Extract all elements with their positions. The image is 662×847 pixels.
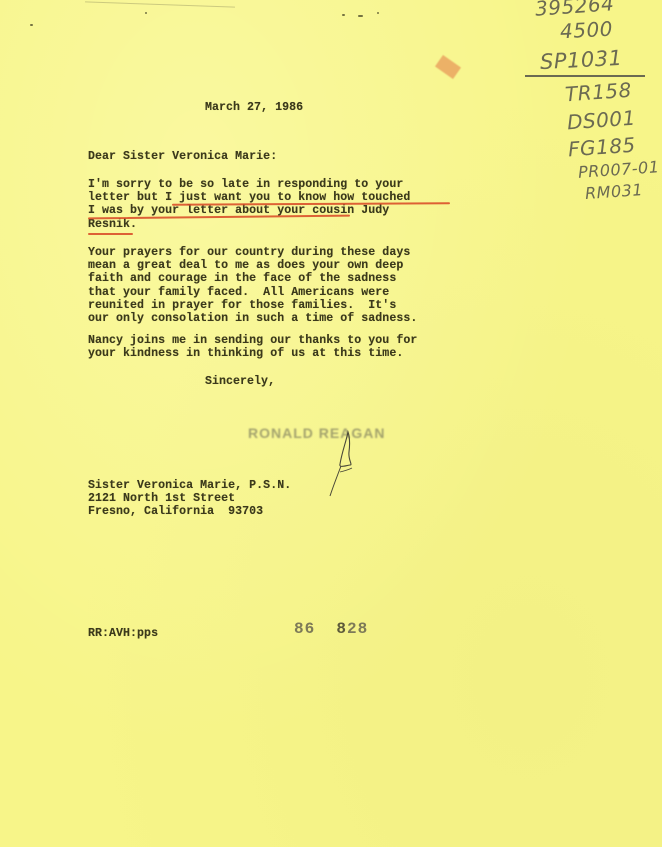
scan-speck — [30, 24, 33, 26]
signature-initial-mark — [328, 430, 368, 500]
scan-speck — [358, 15, 363, 17]
scan-scratch — [85, 1, 235, 7]
letter-page: 395264 4500 SP1031 TR158 DS001 FG185 PR0… — [0, 0, 662, 847]
salutation: Dear Sister Veronica Marie: — [88, 150, 277, 163]
handwritten-code: FG185 — [567, 133, 636, 162]
recipient-address: Sister Veronica Marie, P.S.N. 2121 North… — [88, 479, 291, 519]
handwritten-code: RM031 — [584, 180, 643, 203]
reference-initials: RR:AVH:pps — [88, 627, 158, 640]
red-stamp-mark — [435, 55, 461, 79]
red-underline — [88, 233, 133, 235]
letter-date: March 27, 1986 — [205, 101, 303, 114]
file-number-stamp: 86 828 — [294, 620, 368, 638]
paragraph-3: Nancy joins me in sending our thanks to … — [88, 334, 417, 360]
handwritten-code: 4500 — [559, 17, 613, 44]
paragraph-2: Your prayers for our country during thes… — [88, 246, 417, 325]
file-number-part: 8 — [336, 620, 347, 638]
handwritten-rule — [525, 75, 645, 77]
handwritten-code: TR158 — [564, 78, 632, 107]
scan-speck — [342, 14, 345, 16]
handwritten-code: SP1031 — [539, 46, 623, 74]
closing: Sincerely, — [205, 375, 275, 388]
handwritten-code: DS001 — [566, 106, 636, 135]
file-number-part: 86 — [294, 620, 315, 638]
scan-speck — [145, 12, 147, 14]
handwritten-code: PR007-01 — [577, 157, 660, 182]
file-number-part: 28 — [347, 620, 368, 638]
scan-speck — [377, 12, 379, 14]
